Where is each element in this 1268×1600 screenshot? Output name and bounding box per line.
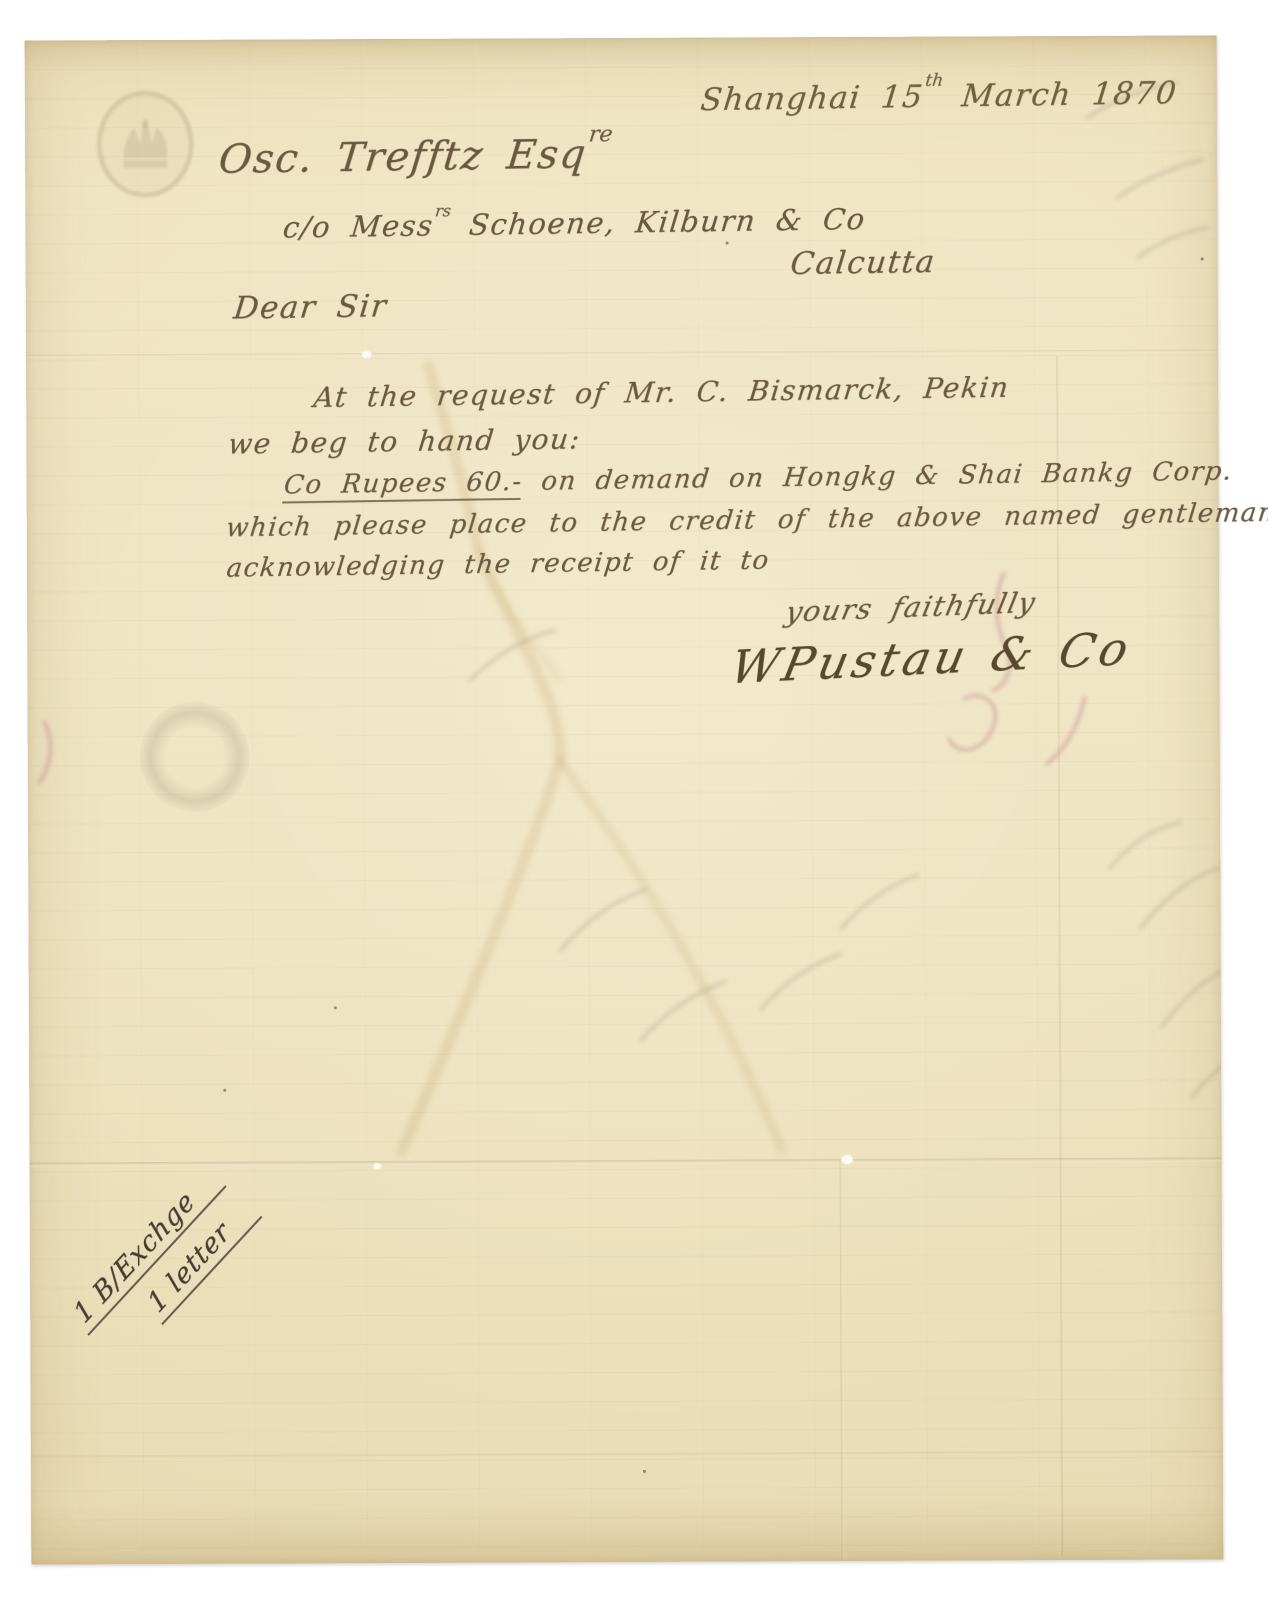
letter-scan: Shanghai 15th March 1870 Osc. Trefftz Es… (0, 0, 1268, 1600)
body-line-5: acknowledging the receipt of it to (225, 546, 771, 584)
docket-annotation: 1 B/Exchge 1 letter (64, 1127, 329, 1399)
ink-speck (726, 242, 729, 245)
paper-nick (374, 1163, 381, 1169)
letter-page: Shanghai 15th March 1870 Osc. Trefftz Es… (25, 35, 1224, 1564)
fold-crease-horizontal-bottom (31, 1450, 1223, 1457)
fold-crease-vertical-right (1056, 356, 1063, 1556)
paper-nick (842, 1155, 853, 1164)
body-line-2: we beg to hand you: (226, 422, 582, 460)
fold-crease-horizontal-upper (26, 349, 1218, 357)
body-line-1: At the request of Mr. C. Bismarck, Pekin (312, 371, 1011, 414)
body-line-3-rest: on demand on Hongkg & Shai Bankg Corp. (540, 456, 1235, 496)
dateline-day-suffix: th (924, 71, 944, 91)
recipient-name-text: Osc. Trefftz Esq (216, 131, 589, 182)
recipient-name-superscript: re (588, 122, 614, 147)
dateline-day: 15 (879, 79, 925, 116)
amount-underlined: Co Rupees 60.- (282, 467, 524, 504)
body-line-3: Co Rupees 60.- on demand on Hongkg & Sha… (282, 456, 1234, 500)
ink-speck (643, 1470, 646, 1473)
embossed-crown-stamp-icon (85, 82, 206, 207)
signature: WPustau & Co (726, 621, 1137, 694)
dateline: Shanghai 15th March 1870 (699, 75, 1179, 118)
recipient-name: Osc. Trefftz Esqre (216, 131, 612, 183)
fold-crease-vertical-lower (840, 1161, 845, 1561)
recipient-care-of: c/o Messrs Schoene, Kilburn & Co (281, 202, 867, 245)
dateline-place: Shanghai (699, 80, 863, 118)
ink-speck (1201, 257, 1204, 260)
care-of-superscript: rs (434, 201, 452, 220)
ink-speck (334, 1006, 337, 1009)
recipient-city: Calcutta (789, 244, 938, 282)
ink-speck (223, 1089, 226, 1092)
salutation: Dear Sir (232, 288, 389, 326)
circular-stain (140, 702, 250, 812)
care-of-prefix: c/o Mess (281, 208, 435, 244)
care-of-firm: Schoene, Kilburn & Co (448, 202, 868, 242)
paper-nick (362, 351, 371, 358)
closing: yours faithfully (783, 586, 1040, 629)
dateline-month-year: March 1870 (960, 75, 1179, 114)
body-line-4: which please place to the credit of the … (225, 498, 1268, 544)
